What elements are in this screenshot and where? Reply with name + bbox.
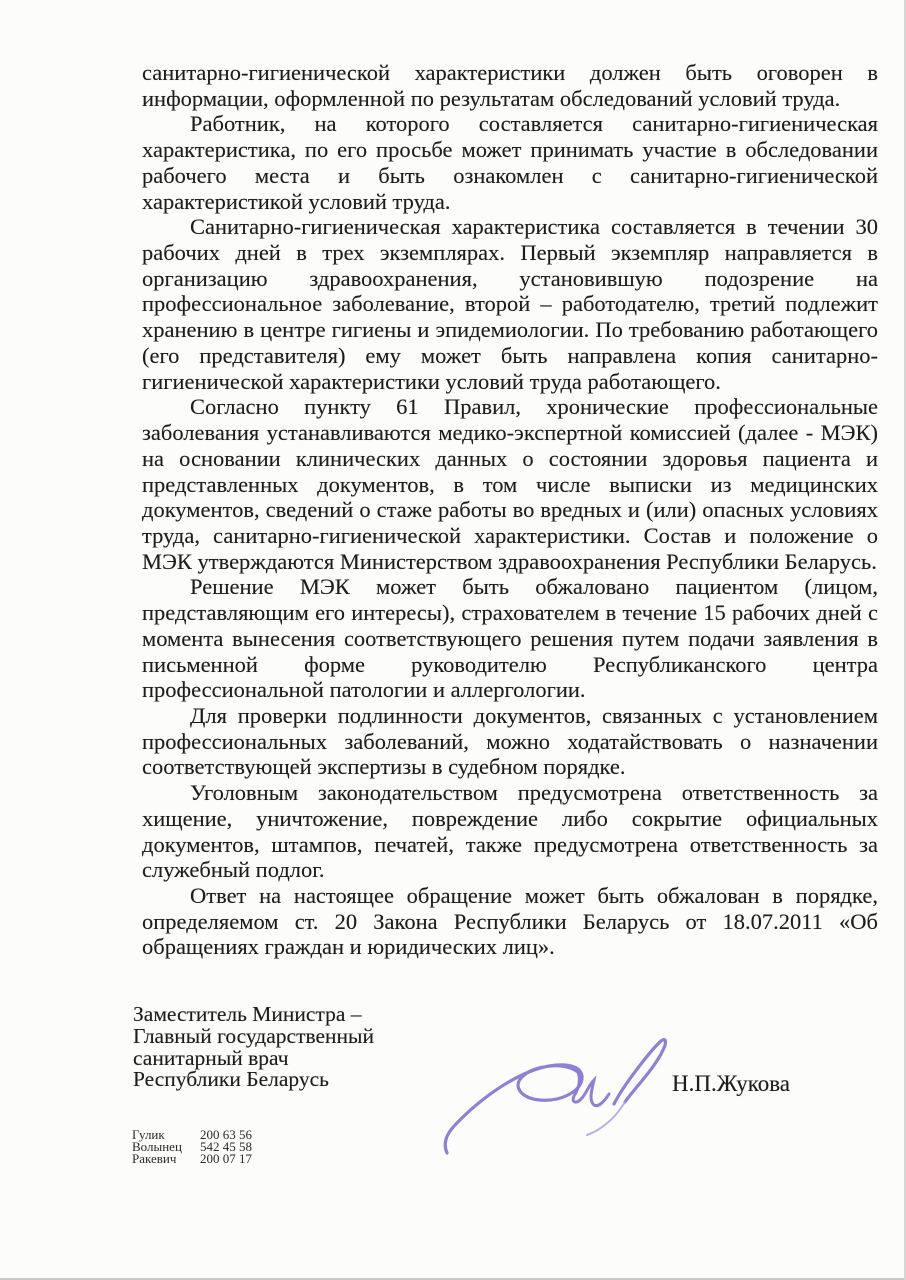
text-line: документов, штампов, печатей, также пред…: [142, 832, 878, 858]
scanned-letter-page: { "document": { "language": "ru", "parag…: [0, 0, 906, 1280]
contact-phone: 200 07 17: [200, 1153, 252, 1165]
text-line: санитарно-гигиенической характеристики д…: [142, 60, 878, 86]
text-line: определяемом ст. 20 Закона Республики Бе…: [142, 909, 878, 935]
text-line: МЭК утверждаются Министерством здравоохр…: [142, 549, 878, 575]
signature-title-line: санитарный врач: [133, 1048, 374, 1070]
text-line: организацию здравоохранения, установившу…: [142, 266, 878, 292]
text-line: представленных документов, в том числе в…: [142, 472, 878, 498]
document-body: санитарно-гигиенической характеристики д…: [142, 60, 878, 960]
text-line: характеристикой условий труда.: [142, 189, 878, 215]
handwritten-signature-icon: [428, 1028, 668, 1163]
text-line: (его представителя) ему может быть напра…: [142, 343, 878, 369]
contact-list: Гулик200 63 56Волынец542 45 58Ракевич200…: [132, 1129, 252, 1165]
text-line: профессиональное заболевание, второй – р…: [142, 291, 878, 317]
text-line: труда, санитарно-гигиенической характери…: [142, 523, 878, 549]
contact-row: Ракевич200 07 17: [132, 1153, 252, 1165]
text-line: Уголовным законодательством предусмотрен…: [142, 780, 878, 806]
text-line: Санитарно-гигиеническая характеристика с…: [142, 214, 878, 240]
signature-title-line: Заместитель Министра –: [133, 1004, 374, 1026]
text-line: служебный подлог.: [142, 857, 878, 883]
text-line: рабочего места и быть ознакомлен с санит…: [142, 163, 878, 189]
text-line: документов, сведений о стаже работы во в…: [142, 497, 878, 523]
signature-stroke-sweep-oval: [445, 1065, 582, 1153]
text-line: профессиональной патологии и аллергологи…: [142, 677, 878, 703]
text-line: характеристика, по его просьбе может при…: [142, 137, 878, 163]
signature-title-line: Республики Беларусь: [133, 1069, 374, 1091]
text-line: профессиональных заболеваний, можно хода…: [142, 729, 878, 755]
text-line: хранению в центре гигиены и эпидемиологи…: [142, 317, 878, 343]
text-line: рабочих дней в трех экземплярах. Первый …: [142, 240, 878, 266]
text-line: Ответ на настоящее обращение может быть …: [142, 883, 878, 909]
text-line: представляющим его интересы), страховате…: [142, 600, 878, 626]
text-line: момента вынесения соответствующего решен…: [142, 626, 878, 652]
text-line: гигиенической характеристики условий тру…: [142, 369, 878, 395]
text-line: заболевания устанавливаются медико-экспе…: [142, 420, 878, 446]
signature-title-block: Заместитель Министра –Главный государств…: [133, 1004, 374, 1091]
text-line: Работник, на которого составляется санит…: [142, 111, 878, 137]
text-line: информации, оформленной по результатам о…: [142, 86, 878, 112]
signature-stroke-spike: [614, 1040, 665, 1104]
text-line: письменной форме руководителю Республика…: [142, 652, 878, 678]
contact-name: Ракевич: [132, 1153, 200, 1165]
text-line: соответствующей экспертизы в судебном по…: [142, 754, 878, 780]
text-line: Согласно пункту 61 Правил, хронические п…: [142, 394, 878, 420]
text-line: Для проверки подлинности документов, свя…: [142, 703, 878, 729]
text-line: хищение, уничтожение, повреждение либо с…: [142, 806, 878, 832]
text-line: обращениях граждан и юридических лиц».: [142, 934, 878, 960]
text-line: на основании клинических данных о состоя…: [142, 446, 878, 472]
text-line: Решение МЭК может быть обжаловано пациен…: [142, 574, 878, 600]
signatory-name: Н.П.Жукова: [672, 1071, 790, 1097]
signature-stroke-tail: [587, 1102, 625, 1135]
signature-title-line: Главный государственный: [133, 1026, 374, 1048]
signature-stroke-zigzag: [573, 1072, 609, 1106]
